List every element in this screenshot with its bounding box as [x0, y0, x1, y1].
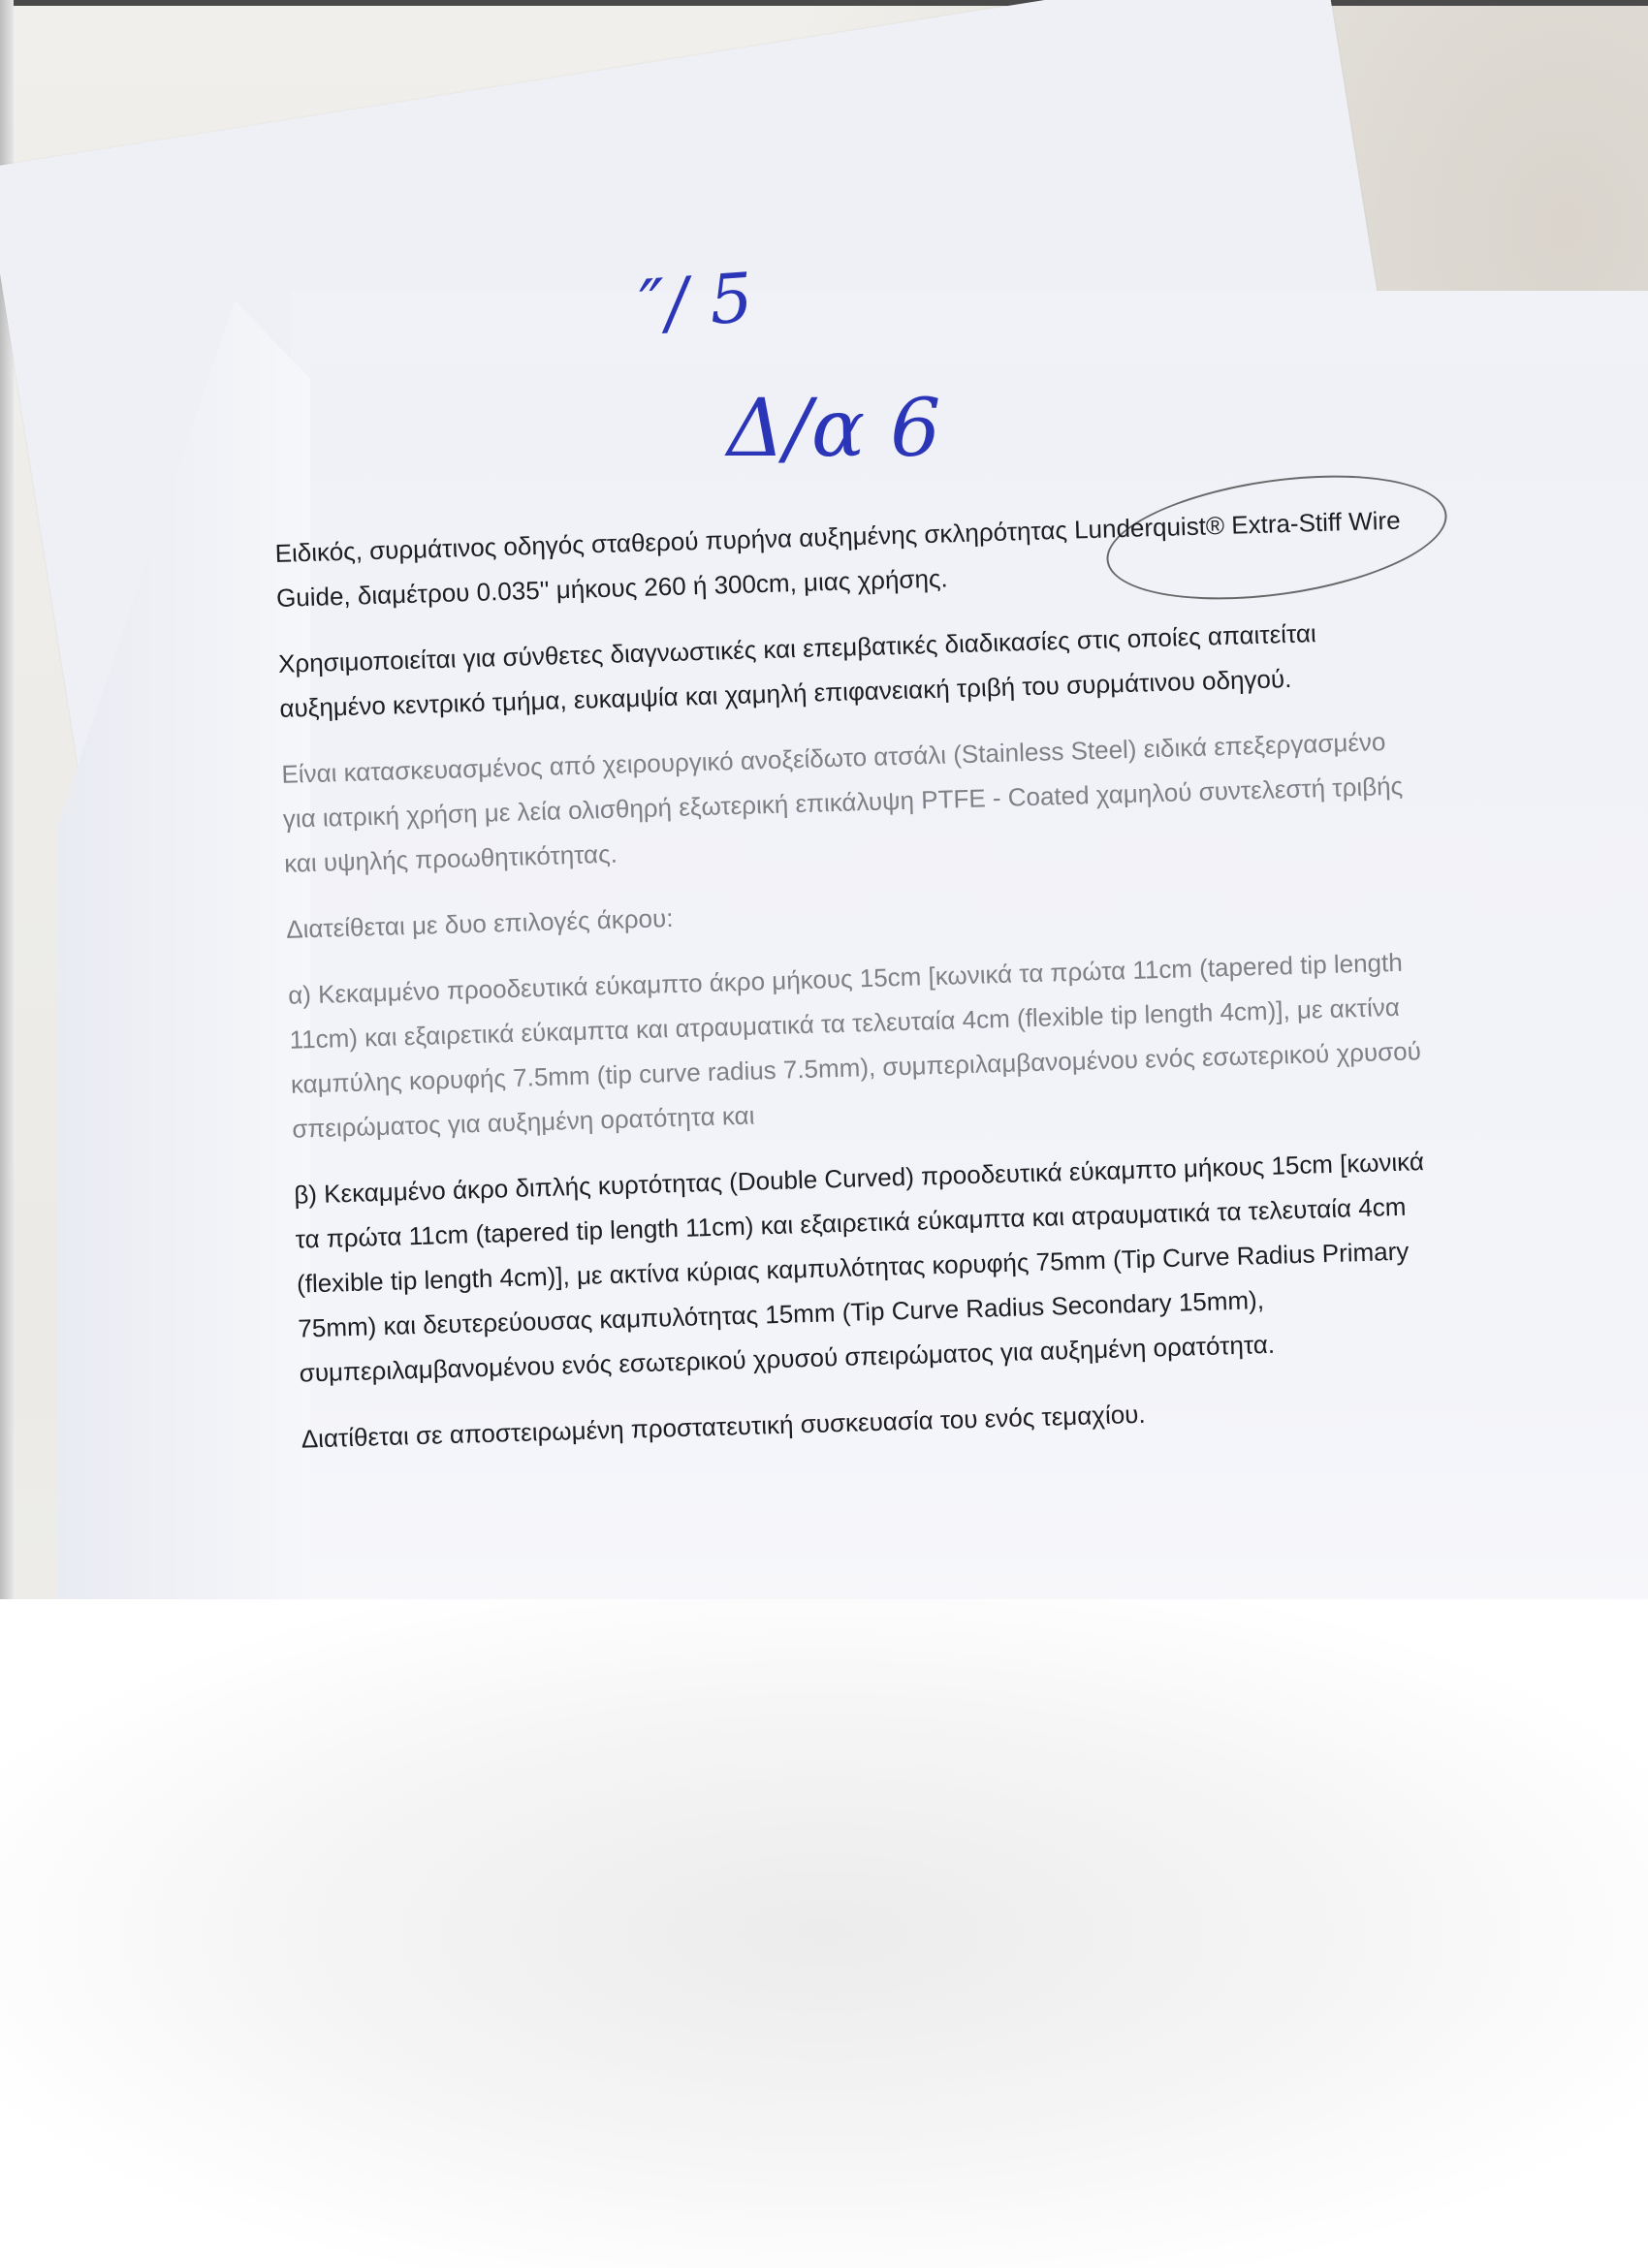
paragraph-options-heading: Διατείθεται με δυο επιλογές άκρου:: [286, 873, 1431, 952]
paragraph-material: Είναι κατασκευασμένος από χειρουργικό αν…: [281, 718, 1429, 886]
page-lower-area: [0, 1599, 1648, 2268]
document-body: Ειδικός, συρμάτινος οδηγός σταθερού πυρή…: [274, 497, 1446, 1483]
paragraph-packaging: Διατίθεται σε αποστειρωμένη προστατευτικ…: [301, 1383, 1445, 1462]
paragraph-option-a: α) Κεκαμμένο προοδευτικά εύκαμπτο άκρο μ…: [288, 939, 1437, 1151]
handwritten-page-mark-back: ″/ 5: [637, 258, 755, 345]
handwritten-page-mark: Δ/α 6: [727, 383, 940, 475]
paragraph-usage: Χρησιμοποιείται για σύνθετες διαγνωστικέ…: [277, 608, 1423, 731]
paragraph-option-b: β) Κεκαμμένο άκρο διπλής κυρτότητας (Dou…: [294, 1139, 1443, 1396]
scan-top-edge: [0, 0, 1648, 6]
